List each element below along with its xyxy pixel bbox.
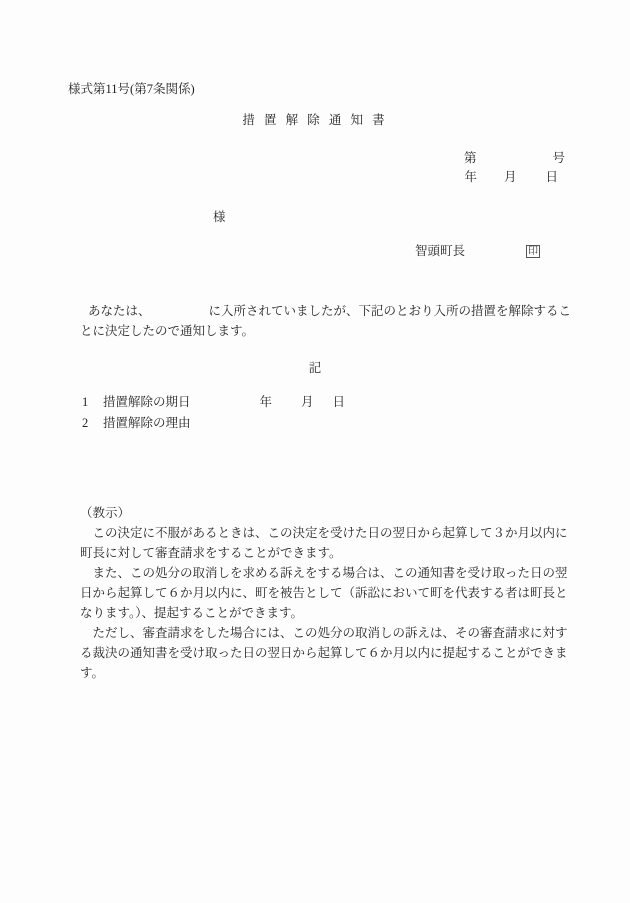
item-row-release-reason: 2措置解除の理由 — [80, 413, 576, 434]
document-title: 措 置 解 除 通 知 書 — [0, 110, 630, 128]
issue-date-month-label: 月 — [504, 170, 517, 184]
item-date-month-label: 月 — [301, 395, 314, 409]
recipient-line: 様 — [80, 207, 226, 225]
item-number: 2 — [80, 413, 103, 434]
item-date-year-label: 年 — [260, 395, 273, 409]
notice-section: （教示） この決定に不服があるときは、この決定を受けた日の翌日から起算して３か月… — [80, 503, 576, 683]
item-label: 措置解除の理由 — [103, 416, 191, 430]
intro-lead: あなたは、 — [88, 304, 151, 318]
form-number: 様式第11号(第7条関係) — [68, 79, 195, 97]
item-date-day-label: 日 — [333, 395, 346, 409]
item-date-fields: 年月日 — [191, 395, 346, 409]
item-row-release-date: 1措置解除の期日年月日 — [80, 392, 576, 413]
notice-paragraph: この決定に不服があるときは、この決定を受けた日の翌日から起算して３か月以内に町長… — [80, 523, 576, 563]
item-list: 1措置解除の期日年月日 2措置解除の理由 — [80, 392, 576, 434]
document-page: 様式第11号(第7条関係) 措 置 解 除 通 知 書 第号 年月日 様 智頭町… — [0, 0, 630, 903]
issuer-title: 智頭町長 — [415, 244, 465, 258]
notice-paragraph: ただし、審査請求をした場合には、この処分の取消しの訴えは、その審査請求に対する裁… — [80, 623, 576, 683]
issuer-line: 智頭町長印 — [415, 241, 540, 259]
issue-date-day-label: 日 — [545, 170, 558, 184]
recipient-honorific: 様 — [213, 210, 226, 224]
intro-paragraph: あなたは、に入所されていましたが、下記のとおり入所の措置を解除することに決定した… — [80, 301, 576, 341]
record-marker: 記 — [0, 358, 630, 376]
seal-icon: 印 — [526, 245, 540, 258]
document-number-line: 第号 — [464, 148, 565, 166]
issue-date-line: 年月日 — [464, 167, 558, 185]
document-number-prefix: 第 — [464, 151, 477, 165]
notice-heading: （教示） — [80, 503, 576, 523]
intro-rest: に入所されていましたが、下記のとおり入所の措置を解除することに決定したので通知し… — [80, 304, 571, 338]
notice-paragraph: また、この処分の取消しを求める訴えをする場合は、この通知書を受け取った日の翌日か… — [80, 563, 576, 623]
document-number-suffix: 号 — [552, 151, 565, 165]
item-label: 措置解除の期日 — [103, 395, 191, 409]
issue-date-year-label: 年 — [464, 170, 477, 184]
item-number: 1 — [80, 392, 103, 413]
